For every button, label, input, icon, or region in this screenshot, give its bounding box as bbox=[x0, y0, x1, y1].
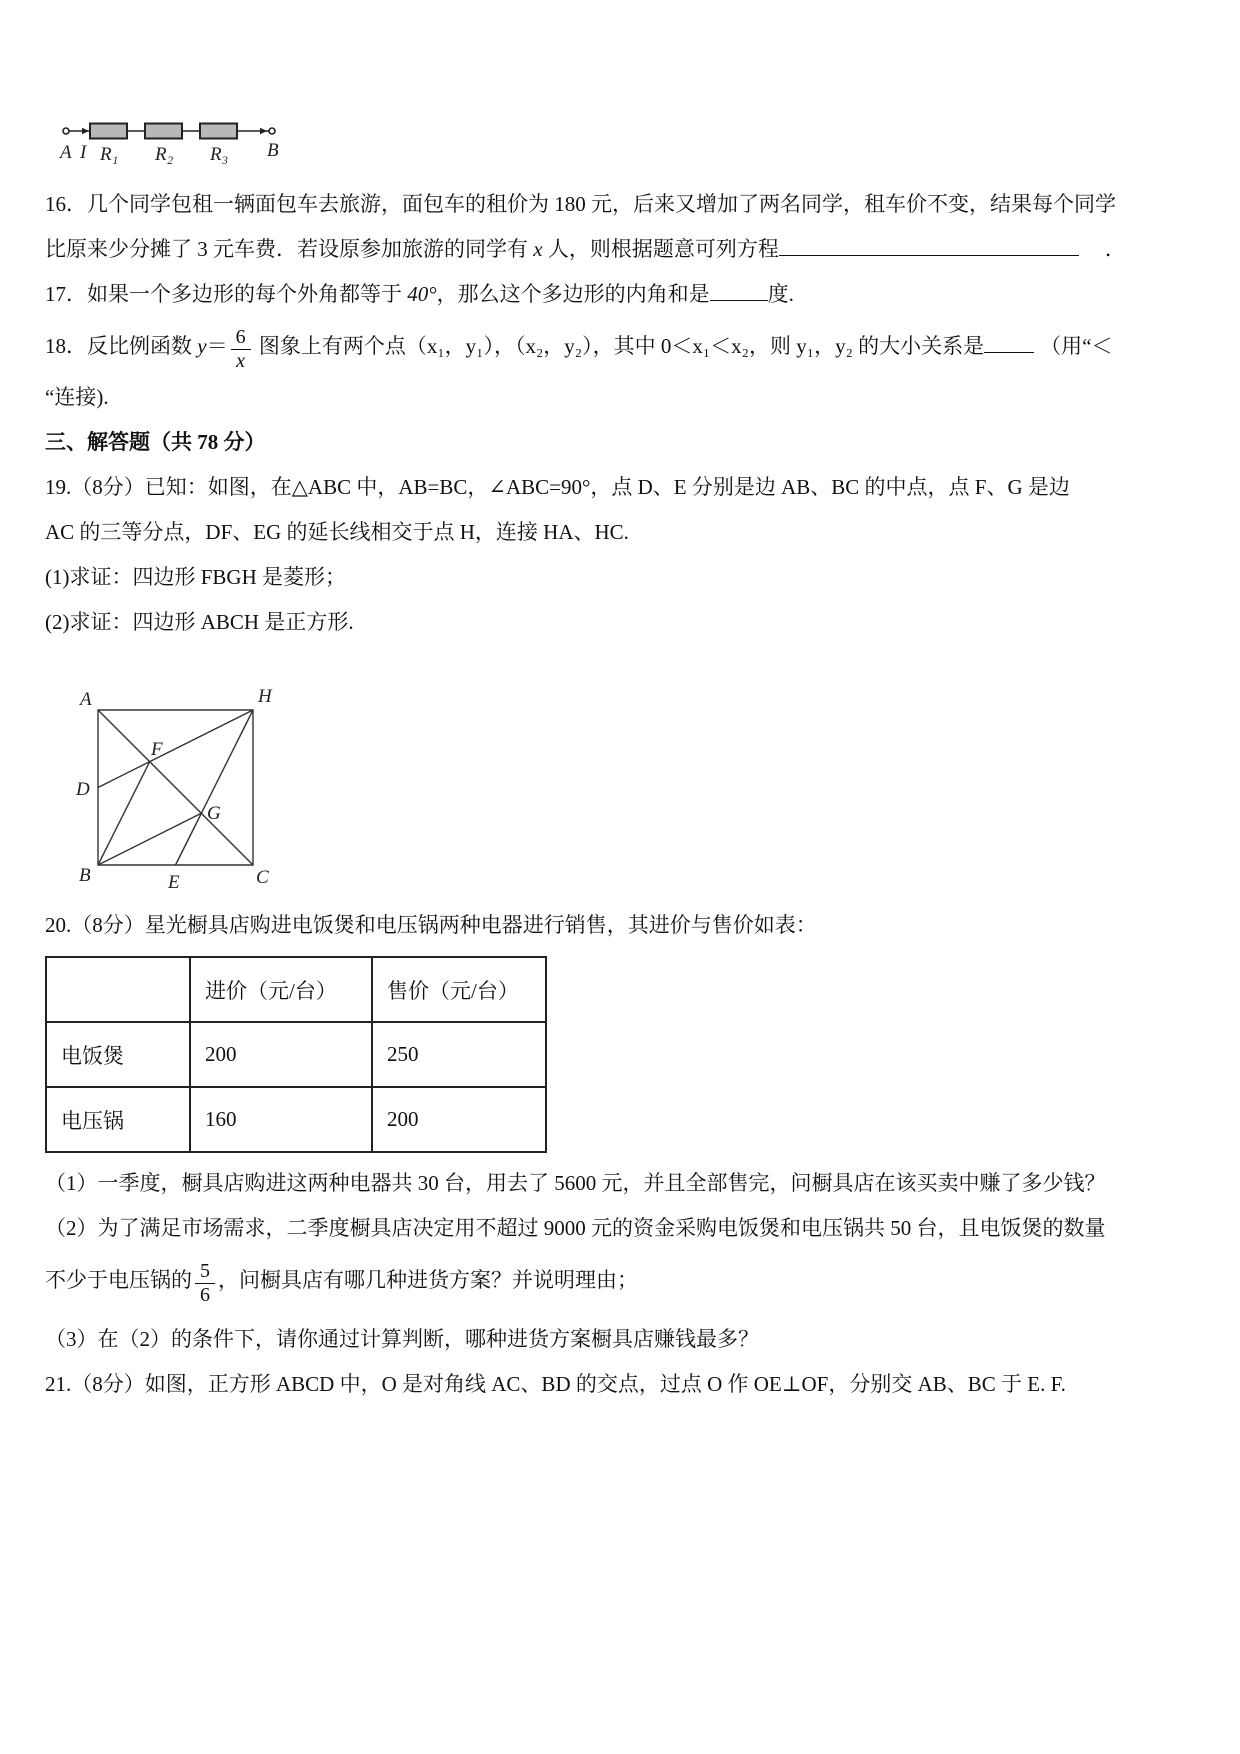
question-19-line-2: AC 的三等分点，DF、EG 的延长线相交于点 H，连接 HA、HC. bbox=[45, 510, 1210, 555]
circuit-label-r1: R₁ bbox=[99, 144, 118, 164]
question-16-text: 人，则根据题意可列方程 bbox=[543, 237, 779, 261]
question-18-text: “连接). bbox=[45, 385, 109, 409]
table-row: 电压锅 160 200 bbox=[46, 1087, 546, 1152]
equals-sign: ＝ bbox=[207, 334, 228, 358]
current-arrow-icon bbox=[82, 128, 89, 135]
answer-blank bbox=[710, 280, 768, 301]
question-17-text: 17．如果一个多边形的每个外角都等于 bbox=[45, 282, 407, 306]
question-20-intro: 20.（8分）星光橱具店购进电饭煲和电压锅两种电器进行销售，其进价与售价如表： bbox=[45, 903, 1210, 948]
question-17-text: ，那么这个多边形的内角和是 bbox=[437, 282, 710, 306]
terminal-a bbox=[63, 128, 69, 134]
table-row: 电饭煲 200 250 bbox=[46, 1022, 546, 1087]
question-19-part-1: (1)求证：四边形 FBGH 是菱形； bbox=[45, 555, 1210, 600]
question-16-text: 16．几个同学包租一辆面包车去旅游，面包车的租价为 180 元，后来又增加了两名… bbox=[45, 192, 1116, 216]
question-19-part-1-text: (1)求证：四边形 FBGH 是菱形； bbox=[45, 565, 346, 589]
question-20-part-1: （1）一季度，橱具店购进这两种电器共 30 台，用去了 5600 元，并且全部售… bbox=[45, 1161, 1210, 1206]
variable-x: x bbox=[533, 237, 542, 261]
table-cell: 电压锅 bbox=[46, 1087, 190, 1152]
fraction-denominator: 6 bbox=[195, 1284, 215, 1306]
answer-blank bbox=[984, 332, 1034, 353]
question-19-part-2: (2)求证：四边形 ABCH 是正方形. bbox=[45, 600, 1210, 645]
price-table: 进价（元/台） 售价（元/台） 电饭煲 200 250 电压锅 160 200 bbox=[45, 956, 547, 1153]
angle-value: 40° bbox=[407, 282, 436, 306]
section-3-title: 三、解答题（共 78 分） bbox=[45, 430, 266, 454]
question-20-part-2-text: （2）为了满足市场需求，二季度橱具店决定用不超过 9000 元的资金采购电饭煲和… bbox=[45, 1216, 1106, 1240]
question-19-line-1: 19.（8分）已知：如图，在△ABC 中，AB=BC，∠ABC=90°，点 D、… bbox=[45, 465, 1210, 510]
fraction-numerator: 6 bbox=[231, 327, 251, 350]
current-arrow-icon bbox=[260, 128, 267, 135]
series-circuit-figure: A I R₁ R₂ R₃ B bbox=[57, 112, 297, 164]
table-header-row: 进价（元/台） 售价（元/台） bbox=[46, 957, 546, 1022]
variable-y: y bbox=[197, 334, 206, 358]
fraction-denominator: x bbox=[231, 350, 251, 372]
circuit-label-i: I bbox=[79, 142, 88, 163]
question-21-text: 21.（8分）如图，正方形 ABCD 中，O 是对角线 AC、BD 的交点，过点… bbox=[45, 1372, 1066, 1396]
question-20-part-2-line-1: （2）为了满足市场需求，二季度橱具店决定用不超过 9000 元的资金采购电饭煲和… bbox=[45, 1206, 1210, 1251]
resistor-r3 bbox=[200, 124, 237, 139]
circuit-label-r2: R₂ bbox=[154, 144, 174, 164]
answer-blank bbox=[779, 235, 1079, 256]
circuit-label-r3: R₃ bbox=[209, 144, 228, 164]
question-18-line-2: “连接). bbox=[45, 375, 1210, 420]
figure-label-c: C bbox=[256, 867, 269, 888]
question-17-text: 度. bbox=[768, 282, 794, 306]
question-21-line-1: 21.（8分）如图，正方形 ABCD 中，O 是对角线 AC、BD 的交点，过点… bbox=[45, 1362, 1210, 1407]
question-19-part-2-text: (2)求证：四边形 ABCH 是正方形. bbox=[45, 610, 354, 634]
question-16-text: ． bbox=[1105, 237, 1126, 261]
fraction-5-over-6: 56 bbox=[195, 1261, 215, 1306]
question-16-text: 比原来少分摊了 3 元车费．若设原参加旅游的同学有 bbox=[45, 237, 533, 261]
question-19-text: 19.（8分）已知：如图，在△ABC 中，AB=BC，∠ABC=90°，点 D、… bbox=[45, 475, 1070, 499]
figure-label-g: G bbox=[207, 803, 221, 824]
table-cell: 200 bbox=[190, 1022, 372, 1087]
resistor-r1 bbox=[90, 124, 127, 139]
table-header-cell: 售价（元/台） bbox=[372, 957, 546, 1022]
fraction-6-over-x: 6x bbox=[231, 327, 251, 372]
question-16-line-1: 16．几个同学包租一辆面包车去旅游，面包车的租价为 180 元，后来又增加了两名… bbox=[45, 182, 1210, 227]
section-3-header: 三、解答题（共 78 分） bbox=[45, 420, 1210, 465]
geometry-figure-q19: A H D F G B E C bbox=[53, 675, 305, 903]
table-cell: 250 bbox=[372, 1022, 546, 1087]
question-16-line-2: 比原来少分摊了 3 元车费．若设原参加旅游的同学有 x 人，则根据题意可列方程． bbox=[45, 227, 1210, 272]
terminal-b bbox=[269, 128, 275, 134]
figure-label-b: B bbox=[79, 865, 91, 886]
exam-page: A I R₁ R₂ R₃ B 16．几个同学包租一辆面包车去旅游，面包车的租价为… bbox=[0, 0, 1240, 1754]
table-cell: 160 bbox=[190, 1087, 372, 1152]
question-20-part-2-text: 不少于电压锅的 bbox=[45, 1268, 192, 1292]
resistor-r2 bbox=[145, 124, 182, 139]
figure-label-d: D bbox=[75, 779, 90, 800]
question-18-text: 18．反比例函数 bbox=[45, 334, 197, 358]
table-cell: 200 bbox=[372, 1087, 546, 1152]
circuit-label-b: B bbox=[267, 140, 279, 161]
table-header-cell bbox=[46, 957, 190, 1022]
question-20-part-3-text: （3）在（2）的条件下，请你通过计算判断，哪种进货方案橱具店赚钱最多？ bbox=[45, 1327, 759, 1351]
circuit-label-a: A bbox=[58, 142, 72, 163]
question-18-text: （用“＜ bbox=[1040, 334, 1112, 358]
figure-label-h: H bbox=[257, 686, 273, 707]
fraction-numerator: 5 bbox=[195, 1261, 215, 1284]
question-20-part-2-line-2: 不少于电压锅的56，问橱具店有哪几种进货方案？并说明理由； bbox=[45, 1251, 1210, 1309]
question-20-part-3: （3）在（2）的条件下，请你通过计算判断，哪种进货方案橱具店赚钱最多？ bbox=[45, 1317, 1210, 1362]
figure-label-a: A bbox=[78, 689, 92, 710]
table-cell: 电饭煲 bbox=[46, 1022, 190, 1087]
question-20-text: 20.（8分）星光橱具店购进电饭煲和电压锅两种电器进行销售，其进价与售价如表： bbox=[45, 913, 817, 937]
question-18-line-1: 18．反比例函数 y＝6x 图象上有两个点（x₁，y₁），（x₂，y₂），其中 … bbox=[45, 317, 1210, 375]
figure-label-f: F bbox=[150, 739, 163, 760]
question-18-text: 图象上有两个点（x₁，y₁），（x₂，y₂），其中 0＜x₁＜x₂，则 y₁，y… bbox=[254, 334, 985, 358]
question-19-text: AC 的三等分点，DF、EG 的延长线相交于点 H，连接 HA、HC. bbox=[45, 520, 629, 544]
question-17: 17．如果一个多边形的每个外角都等于 40°，那么这个多边形的内角和是度. bbox=[45, 272, 1210, 317]
figure-label-e: E bbox=[167, 872, 180, 893]
question-20-part-2-text: ，问橱具店有哪几种进货方案？并说明理由； bbox=[218, 1268, 638, 1292]
question-20-part-1-text: （1）一季度，橱具店购进这两种电器共 30 台，用去了 5600 元，并且全部售… bbox=[45, 1171, 1106, 1195]
table-header-cell: 进价（元/台） bbox=[190, 957, 372, 1022]
